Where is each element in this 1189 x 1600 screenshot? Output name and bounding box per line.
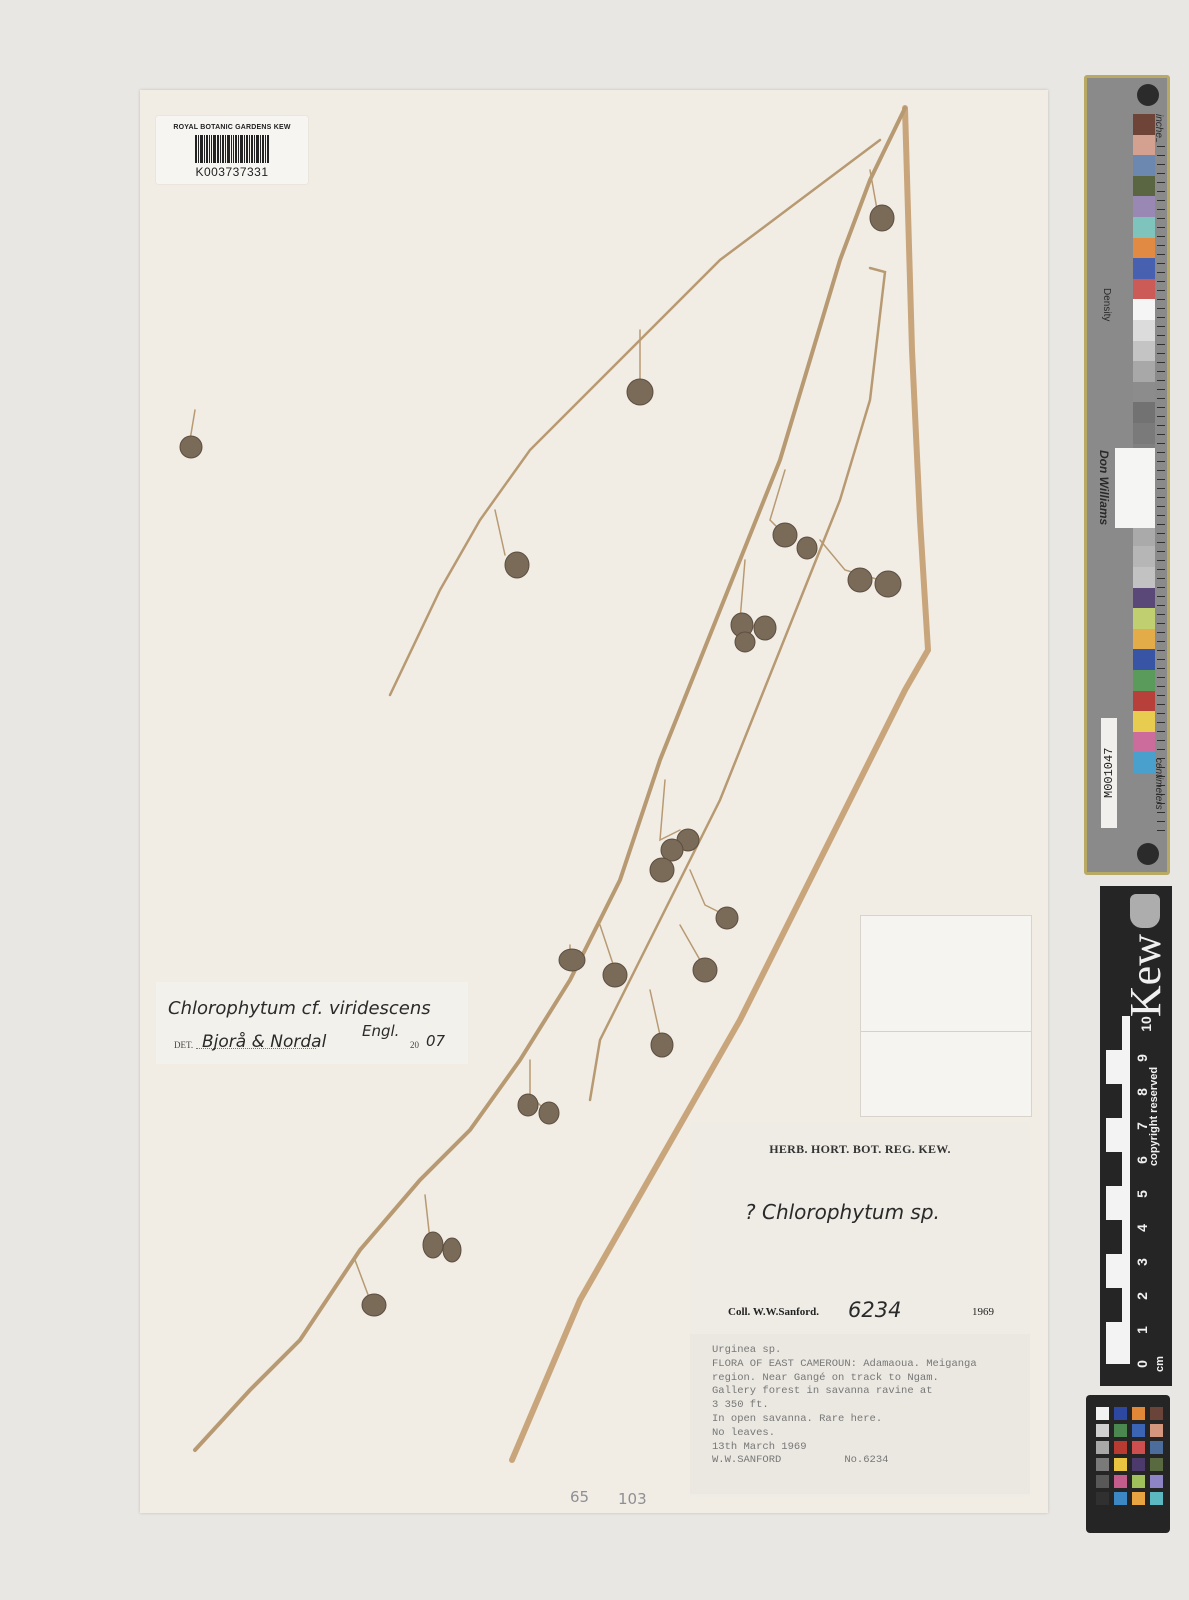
kew-crest-icon — [1130, 894, 1160, 928]
collection-number: 6234 — [848, 1298, 901, 1322]
envelope-flap — [861, 1031, 1031, 1032]
typed-line: 13th March 1969 — [712, 1441, 1030, 1455]
fragment-envelope — [860, 915, 1032, 1117]
color-ruler: inches Density Don Williams M001047 cent… — [1084, 75, 1170, 875]
cm-unit-label: cm — [1154, 1356, 1166, 1372]
det-year-suffix: 07 — [426, 1032, 445, 1050]
pencil-note: 65 — [570, 1488, 589, 1506]
typed-collection-notes: Urginea sp.FLORA OF EAST CAMEROUN: Adama… — [690, 1334, 1030, 1494]
typed-line: In open savanna. Rare here. — [712, 1413, 1030, 1427]
ruler-hole-icon — [1137, 84, 1159, 106]
color-patches — [1133, 114, 1155, 773]
catalog-number: M001047 — [1101, 718, 1117, 828]
kew-scale-bar: Kew 0 1 2 3 4 5 6 7 8 9 10 copyright res… — [1100, 886, 1172, 1386]
annotation: ? Chlorophytum sp. — [745, 1200, 940, 1224]
typed-line: Gallery forest in savanna ravine at — [712, 1385, 1030, 1399]
ruler-cm-label: centimeters — [1153, 758, 1164, 810]
collection-year: 1969 — [972, 1306, 994, 1318]
determination-label: Chlorophytum cf. viridescens Engl. DET. … — [156, 982, 468, 1064]
typed-line: FLORA OF EAST CAMEROUN: Adamaoua. Meigan… — [712, 1358, 1030, 1372]
typed-line: region. Near Gangé on track to Ngam. — [712, 1372, 1030, 1386]
herbarium-header: HERB. HORT. BOT. REG. KEW. — [690, 1142, 1030, 1157]
det-year-prefix: 20 — [410, 1040, 419, 1050]
collector: Coll. W.W.Sanford. — [728, 1306, 819, 1318]
copyright-text: copyright reserved — [1148, 1016, 1160, 1166]
pencil-note: 103 — [618, 1490, 647, 1508]
ruler-brand: Don Williams — [1097, 450, 1111, 525]
ruler-hole-icon — [1137, 843, 1159, 865]
grey-reference-card — [1115, 448, 1155, 528]
typed-line: Urginea sp. — [712, 1344, 1030, 1358]
det-prefix: DET. — [174, 1040, 193, 1050]
typed-line: No leaves. — [712, 1427, 1030, 1441]
kew-wordmark: Kew — [1120, 934, 1171, 1017]
cm-scale — [1106, 1016, 1130, 1364]
typed-line: W.W.SANFORD No.6234 — [712, 1454, 1030, 1468]
herbarium-label: HERB. HORT. BOT. REG. KEW. ? Chlorophytu… — [690, 1122, 1030, 1497]
determiners: Bjorå & Nordal — [202, 1032, 326, 1052]
color-checker-card — [1086, 1395, 1170, 1533]
ruler-density-label: Density — [1101, 288, 1112, 321]
determination-taxon: Chlorophytum cf. viridescens — [168, 998, 431, 1019]
ruler-scale — [1157, 138, 1165, 838]
typed-line: 3 350 ft. — [712, 1399, 1030, 1413]
color-swatches — [1096, 1407, 1163, 1505]
determination-authority: Engl. — [362, 1022, 399, 1040]
